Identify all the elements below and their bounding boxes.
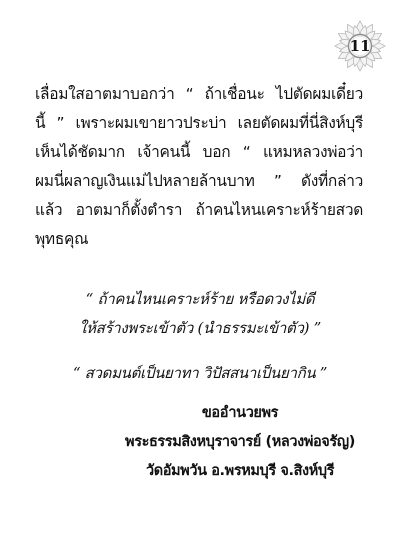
page-number-badge: 11 <box>334 20 386 72</box>
page-number: 11 <box>334 20 386 72</box>
body-line: แล้ว อาตมาก็ตั้งตำรา ถ้าคนไหนเคราะห์ร้าย… <box>35 196 363 225</box>
signature-blessing: ขออำนวยพร <box>100 401 380 424</box>
body-line: นี้ ” เพราะผมเขายาวประบ่า เลยตัดผมที่นี่… <box>35 109 363 138</box>
signature-temple: วัดอัมพวัน อ.พรหมบุรี จ.สิงห์บุรี <box>100 459 380 482</box>
body-line: พุทธคุณ <box>35 225 363 254</box>
body-line: เลื่อมใสอาตมาบอกว่า “ ถ้าเชื่อนะ ไปตัดผม… <box>35 80 363 109</box>
quote-line: “ ถ้าคนไหนเคราะห์ร้าย หรือดวงไม่ดี <box>40 287 360 311</box>
body-paragraph: เลื่อมใสอาตมาบอกว่า “ ถ้าเชื่อนะ ไปตัดผม… <box>35 80 363 254</box>
signature-name: พระธรรมสิงหบุราจารย์ (หลวงพ่อจรัญ) <box>100 430 380 453</box>
document-page: 11 เลื่อมใสอาตมาบอกว่า “ ถ้าเชื่อนะ ไปตั… <box>0 0 400 553</box>
quote-line: ให้สร้างพระเข้าตัว (นำธรรมะเข้าตัว) ” <box>40 316 360 340</box>
body-line: เห็นได้ชัดมาก เจ้าคนนี้ บอก “ แหมหลวงพ่อ… <box>35 138 363 167</box>
body-line: ผมนี่ผลาญเงินแม่ไปหลายล้านบาท ” ดังที่กล… <box>35 167 363 196</box>
quote-line: “ สวดมนต์เป็นยาทา วิปัสสนาเป็นยากิน ” <box>40 361 360 385</box>
